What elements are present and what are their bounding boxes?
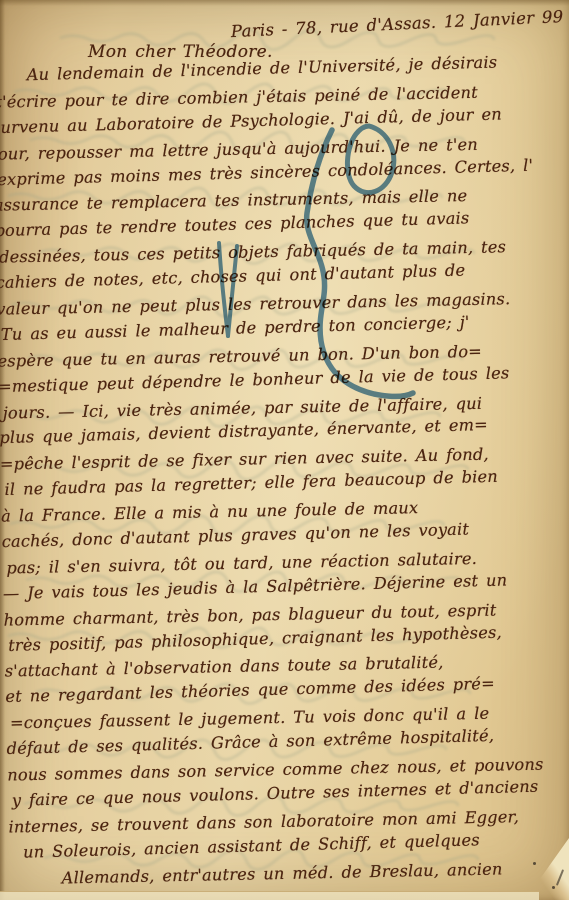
pencil-dot xyxy=(533,862,536,865)
pencil-dot xyxy=(552,886,555,889)
dateline: Paris - 78, rue d'Assas. 12 Janvier 99 xyxy=(210,7,563,42)
letter-body: Au lendemain de l'incendie de l'Universi… xyxy=(0,50,565,891)
underlying-page-edge xyxy=(0,891,539,900)
letter-page: Paris - 78, rue d'Assas. 12 Janvier 99 M… xyxy=(0,0,569,900)
